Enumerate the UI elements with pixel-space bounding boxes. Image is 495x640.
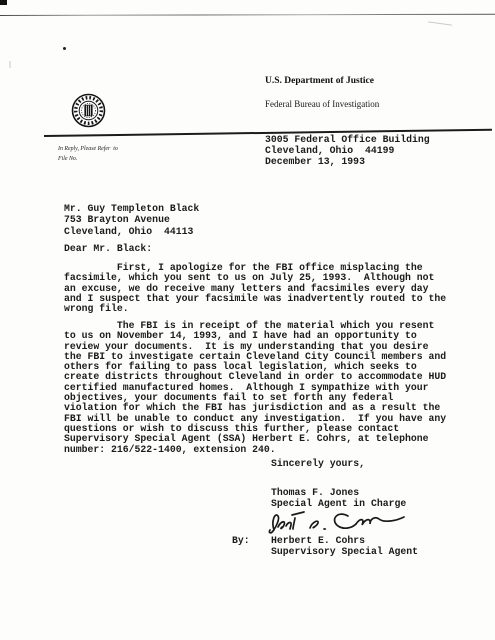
scan-smudge-2 — [9, 61, 11, 68]
scan-corner-mark — [0, 0, 7, 5]
fbi-seal-icon — [71, 93, 106, 128]
recipient-address-block: Mr. Guy Templeton Black 753 Brayton Aven… — [64, 203, 199, 237]
body-paragraph-2: The FBI is in receipt of the material wh… — [64, 321, 446, 455]
scanned-letter-page: U.S. Department of Justice Federal Burea… — [0, 0, 495, 640]
scan-edge-line — [0, 14, 495, 16]
reply-reference-note: In Reply, Please Refer to File No. — [58, 144, 118, 164]
ink-dot-mark — [63, 47, 66, 50]
scan-smudge — [428, 21, 452, 25]
valediction: Sincerely yours, — [271, 459, 365, 470]
by-label: By: — [232, 536, 250, 547]
agency-title: U.S. Department of Justice — [265, 76, 374, 86]
by-title: Supervisory Special Agent — [271, 547, 418, 558]
bureau-title: Federal Bureau of Investigation — [265, 99, 379, 109]
salutation: Dear Mr. Black: — [64, 244, 152, 255]
office-address-block: 3005 Federal Office Building Cleveland, … — [265, 134, 430, 167]
handwritten-signature-herbert-cohrs — [266, 506, 406, 538]
body-paragraph-1: First, I apologize for the FBI office mi… — [64, 263, 446, 314]
